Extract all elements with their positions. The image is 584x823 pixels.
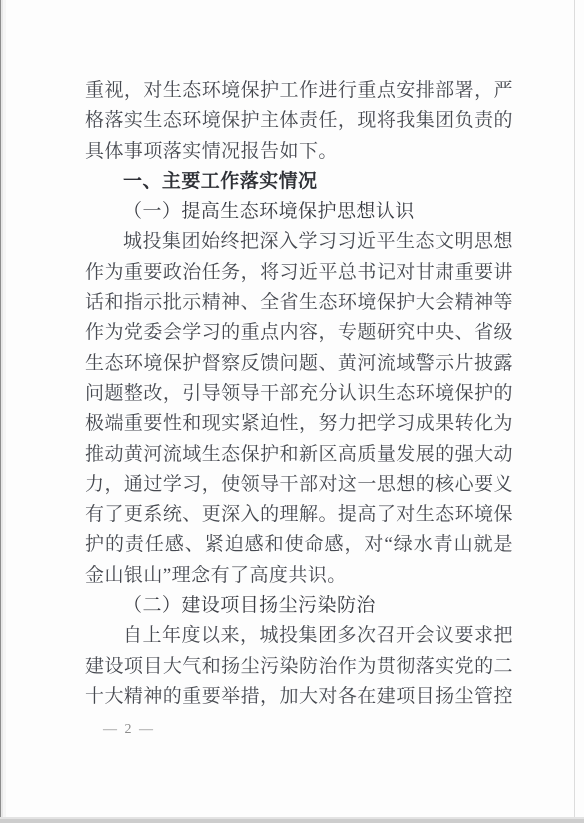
subsection-heading: （一）提高生态环境保护思想认识	[85, 197, 513, 227]
section-heading: 一、主要工作落实情况	[85, 167, 513, 197]
scan-edge-right	[574, 0, 575, 823]
scan-edge-left	[0, 0, 6, 823]
scan-edge-bottom	[0, 817, 584, 823]
subsection-heading: （二）建设项目扬尘污染防治	[85, 591, 513, 621]
document-body: 重视，对生态环境保护工作进行重点安排部署，严格落实生态环境保护主体责任，现将我集…	[85, 76, 513, 712]
page-number: — 2 —	[103, 722, 155, 738]
body-paragraph: 重视，对生态环境保护工作进行重点安排部署，严格落实生态环境保护主体责任，现将我集…	[85, 76, 513, 167]
document-page: 重视，对生态环境保护工作进行重点安排部署，严格落实生态环境保护主体责任，现将我集…	[0, 0, 584, 823]
body-paragraph: 城投集团始终把深入学习习近平生态文明思想作为重要政治任务，将习近平总书记对甘肃重…	[85, 227, 513, 591]
body-paragraph: 自上年度以来，城投集团多次召开会议要求把建设项目大气和扬尘污染防治作为贯彻落实党…	[85, 621, 513, 712]
